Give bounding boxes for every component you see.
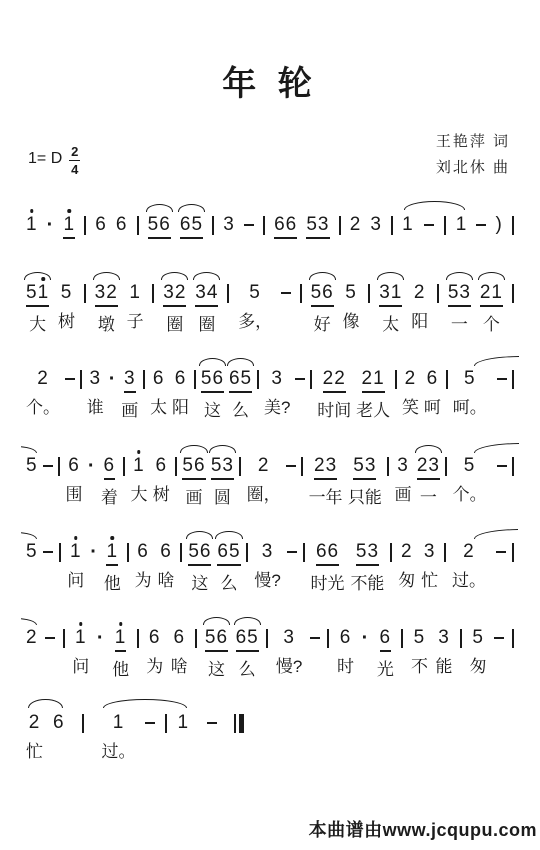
barline — [84, 284, 86, 303]
time-numerator: 2 — [71, 145, 78, 158]
barline — [387, 457, 389, 476]
tie-arc-icon — [474, 529, 518, 539]
lyric-syllable: 忙 — [26, 742, 43, 762]
tie-group: 5呵。 — [453, 368, 507, 418]
note-token: 5多， — [238, 282, 272, 332]
barline — [444, 543, 446, 562]
note-token — [244, 214, 254, 236]
note-token: 5个。 — [453, 455, 487, 505]
note-token: 56这 — [205, 627, 228, 680]
lyric-syllable: 阳 — [411, 312, 428, 332]
composer-credit: 刘北休 曲 — [436, 155, 510, 181]
note-token: 2 — [26, 627, 38, 677]
credits: 王艳萍 词 刘北休 曲 — [436, 129, 510, 182]
note-token: 1子 — [127, 282, 144, 332]
augmentation-dot: · — [47, 214, 55, 236]
barline — [82, 714, 84, 733]
duration-dash — [286, 465, 296, 467]
note-token: 23一 — [417, 455, 440, 508]
barline — [512, 370, 514, 389]
lyric-syllable — [46, 571, 51, 591]
lyric-syllable: 大 — [29, 315, 46, 335]
lyric-syllable: 树 — [58, 312, 75, 332]
time-denominator: 4 — [71, 163, 78, 176]
barline — [59, 543, 61, 562]
note-token: · — [90, 541, 98, 591]
note-token: 1他 — [112, 627, 129, 680]
barline — [63, 629, 65, 648]
lyric-syllable: 不 — [411, 657, 428, 677]
lyric-syllable: 好 — [314, 315, 331, 335]
lyric-syllable: 个。 — [26, 398, 60, 418]
duration-dash — [497, 378, 507, 380]
note-token: 56好 — [311, 282, 334, 335]
lyric-syllable: 一年 — [309, 488, 343, 508]
music-line-4: 5 6围· 6着1大6树56画53圆2圈， 23一年53只能3画23一5个。 — [26, 455, 514, 508]
music-line-3: 2个。 3谁· 3画6太6阳56这65么3美? 22时间21老人2笑6呵5呵。 — [26, 368, 514, 421]
note-token: 32墩 — [95, 282, 118, 335]
barline — [310, 370, 312, 389]
note-token: 1问 — [67, 541, 84, 591]
music-line-7: 2忙6 1过。 1 — [26, 712, 244, 762]
lyric-syllable: 谁 — [87, 398, 104, 418]
duration-dash — [207, 722, 217, 724]
slur-arc-icon — [146, 204, 173, 212]
note-token — [476, 214, 486, 236]
lyric-syllable — [46, 485, 51, 505]
tie-group: 11 — [402, 214, 467, 236]
lyric-syllable: 为 — [135, 571, 152, 591]
duration-dash — [424, 224, 434, 226]
lyric-syllable: 能 — [436, 657, 453, 677]
barline — [84, 216, 86, 235]
note-token: 5树 — [58, 282, 75, 332]
time-signature: 2 4 — [69, 145, 80, 176]
lyric-syllable: 画 — [185, 488, 202, 508]
note-token: 56画 — [182, 455, 205, 508]
barline — [445, 457, 447, 476]
slur-arc-icon — [215, 531, 242, 539]
barline — [80, 370, 82, 389]
note-token: 6光 — [377, 627, 394, 680]
lyric-syllable — [284, 312, 289, 332]
note-token: 3画 — [121, 368, 138, 421]
note-token: 3画 — [395, 455, 412, 505]
lyric-syllable — [110, 398, 115, 418]
song-title: 年 轮 — [0, 56, 540, 105]
note-token: 2笑 — [402, 368, 419, 418]
barline — [152, 284, 154, 303]
note-token: 1 — [456, 214, 468, 236]
augmentation-dot: · — [90, 541, 98, 563]
note-token: 3慢? — [276, 627, 302, 677]
lyric-syllable: 么 — [220, 574, 237, 594]
lyric-syllable: 么 — [232, 401, 249, 421]
music-line-2: 51大5树32墩1子32圈34圈5多， 56好5像31太2阳53一21个 — [26, 282, 514, 335]
note-token — [207, 712, 217, 762]
tie-arc-icon — [474, 356, 518, 366]
barline — [444, 216, 446, 235]
barline — [512, 629, 514, 648]
note-token: 6围 — [66, 455, 83, 505]
lyric-syllable — [313, 657, 318, 677]
lyric-syllable — [148, 742, 153, 762]
note-token: 2个。 — [26, 368, 60, 418]
lyric-syllable: 画 — [121, 401, 138, 421]
slur-arc-icon — [234, 617, 261, 625]
note-token: 32圈 — [163, 282, 186, 335]
lyric-syllable — [499, 485, 504, 505]
note-token: · — [97, 627, 105, 677]
barline — [123, 457, 125, 476]
lyric-syllable: 呵 — [424, 398, 441, 418]
note-token: 6为 — [146, 627, 163, 677]
slur-arc-icon — [199, 358, 226, 366]
note-token: 3忙 — [421, 541, 438, 591]
duration-dash — [281, 292, 291, 294]
note-token: 2 — [350, 214, 362, 236]
lyric-syllable: 这 — [208, 660, 225, 680]
barline — [390, 543, 392, 562]
lyric-syllable: 这 — [204, 401, 221, 421]
slur-arc-icon — [180, 445, 207, 453]
lyric-syllable: 光 — [377, 660, 394, 680]
lyric-syllable — [29, 571, 34, 591]
duration-dash — [476, 224, 486, 226]
watermark: 本曲谱由www.jcqupu.com — [309, 816, 537, 842]
note-token: 6 — [116, 214, 128, 236]
note-token: 3能 — [436, 627, 453, 677]
slur-arc-icon — [377, 272, 404, 280]
barline — [137, 629, 139, 648]
barline — [266, 629, 268, 648]
slur-arc-icon — [178, 204, 205, 212]
note-token: · — [109, 368, 117, 418]
note-token: 1 — [63, 214, 75, 239]
note-token: 2匆 — [398, 541, 415, 591]
lyric-syllable: 忙 — [421, 571, 438, 591]
lyric-syllable: 只能 — [348, 488, 382, 508]
duration-dash — [65, 378, 75, 380]
note-token — [295, 368, 305, 418]
note-token: 1问 — [72, 627, 89, 677]
barline — [303, 543, 305, 562]
lyric-syllable: 阳 — [172, 398, 189, 418]
note-token: 65么 — [236, 627, 259, 680]
note-token: 6阳 — [172, 368, 189, 418]
duration-dash — [287, 551, 297, 553]
note-token: 3谁 — [87, 368, 104, 418]
note-token: 6着 — [101, 455, 118, 508]
lyric-syllable — [289, 485, 294, 505]
lyric-syllable: 不能 — [350, 574, 384, 594]
note-token: 56这 — [201, 368, 224, 421]
barline — [460, 629, 462, 648]
barline — [512, 543, 514, 562]
lyric-syllable: 圈 — [198, 315, 215, 335]
barline — [257, 370, 259, 389]
note-token: 2忙 — [26, 712, 43, 762]
slur-arc-icon — [415, 445, 442, 453]
barline — [239, 457, 241, 476]
augmentation-dot: · — [97, 627, 105, 649]
slur-arc-icon — [309, 272, 336, 280]
lyric-syllable: 圈 — [166, 315, 183, 335]
slur-arc-icon — [161, 272, 188, 280]
note-token: 51大 — [26, 282, 49, 335]
barline — [165, 714, 167, 733]
final-barline — [234, 714, 244, 733]
lyric-syllable — [29, 485, 34, 505]
note-token: 1大 — [130, 455, 147, 505]
slur-arc-icon — [209, 445, 236, 453]
duration-dash — [494, 637, 504, 639]
duration-dash — [45, 637, 55, 639]
lyric-syllable — [181, 742, 186, 762]
barline — [58, 457, 60, 476]
augmentation-dot: · — [109, 368, 117, 390]
lyric-syllable — [98, 657, 103, 677]
note-token — [65, 368, 75, 418]
slur-arc-icon — [186, 531, 213, 539]
tie-arc-icon — [474, 443, 518, 453]
lyric-syllable — [298, 398, 303, 418]
tie-continuation-icon — [21, 446, 37, 453]
barline — [395, 370, 397, 389]
note-token: · — [362, 627, 370, 677]
music-line-6: 2 1问· 1他6为6啥56这65么3慢? 6时· 6光5不3能5匆 — [26, 627, 514, 680]
note-token: 3慢? — [254, 541, 280, 591]
lyric-syllable: 慢? — [254, 571, 280, 591]
note-token: 34圈 — [195, 282, 218, 335]
lyric-syllable: 他 — [104, 574, 121, 594]
note-token — [287, 541, 297, 591]
barline — [512, 284, 514, 303]
note-token: 1 — [402, 214, 414, 236]
tie-continuation-icon — [21, 618, 37, 625]
note-token — [494, 627, 504, 677]
barline — [263, 216, 265, 235]
barline — [175, 457, 177, 476]
note-token — [310, 627, 320, 677]
music-line-1: 1·1665665366532311) — [26, 214, 514, 239]
note-token: 1 — [177, 712, 189, 762]
lyric-syllable — [499, 398, 504, 418]
barline — [212, 216, 214, 235]
note-token: 1 — [26, 214, 38, 236]
music-line-5: 5 1问· 1他6为6啥56这65么3慢? 66时光53不能2匆3忙2过。 — [26, 541, 514, 594]
note-token: 3美? — [264, 368, 290, 418]
lyric-syllable: 过。 — [452, 571, 486, 591]
lyric-syllable: 像 — [343, 312, 360, 332]
note-token — [424, 214, 434, 236]
slur-arc-icon — [193, 272, 220, 280]
lyric-syllable — [289, 571, 294, 591]
note-token: 66 — [274, 214, 297, 239]
note-token: 53 — [306, 214, 329, 239]
duration-dash — [295, 378, 305, 380]
lyric-syllable: 笑 — [402, 398, 419, 418]
note-token: ) — [495, 214, 502, 236]
lyric-syllable: 他 — [112, 660, 129, 680]
key-signature: 1= D 2 4 — [28, 144, 80, 175]
duration-dash — [244, 224, 254, 226]
tie-group: 2过。 — [452, 541, 506, 591]
lyric-syllable: 为 — [146, 657, 163, 677]
barline — [194, 370, 196, 389]
lyric-syllable: 树 — [153, 485, 170, 505]
note-token: 56 — [148, 214, 171, 239]
lyric-syllable: 围 — [66, 485, 83, 505]
barline — [227, 284, 229, 303]
barline — [301, 457, 303, 476]
note-token: · — [47, 214, 55, 236]
note-token: 6呵 — [424, 368, 441, 418]
note-token: 5 — [26, 541, 38, 591]
duration-dash — [497, 465, 507, 467]
note-token — [496, 541, 506, 591]
barline — [143, 370, 145, 389]
duration-dash — [43, 551, 53, 553]
note-token — [145, 712, 155, 762]
note-token: 53只能 — [348, 455, 382, 508]
lyric-syllable — [89, 485, 94, 505]
note-token: 2过。 — [452, 541, 486, 591]
note-token: 3 — [223, 214, 235, 236]
note-token — [43, 455, 53, 505]
lyric-syllable: 时光 — [311, 574, 345, 594]
lyric-syllable: 时间 — [317, 401, 351, 421]
note-token — [281, 282, 291, 332]
note-token: 5匆 — [470, 627, 487, 677]
note-token: 5呵。 — [453, 368, 487, 418]
note-token: 53不能 — [350, 541, 384, 594]
note-token: 6时 — [337, 627, 354, 677]
note-token: 65么 — [217, 541, 240, 594]
lyric-syllable — [92, 571, 97, 591]
lyricist-credit: 王艳萍 词 — [436, 129, 510, 155]
note-token — [43, 541, 53, 591]
lyric-syllable — [48, 657, 53, 677]
lyric-syllable: 啥 — [158, 571, 175, 591]
barline — [137, 216, 139, 235]
augmentation-dot: · — [88, 455, 96, 477]
note-token: 5像 — [343, 282, 360, 332]
note-token: 6啥 — [158, 541, 175, 591]
barline — [391, 216, 393, 235]
note-token: 31太 — [379, 282, 402, 335]
note-token: 56这 — [188, 541, 211, 594]
lyric-syllable: 匆 — [398, 571, 415, 591]
lyric-syllable: 问 — [72, 657, 89, 677]
slur-arc-icon — [203, 617, 230, 625]
barline — [368, 284, 370, 303]
lyric-syllable: 问 — [67, 571, 84, 591]
note-token: 2阳 — [411, 282, 428, 332]
slur-arc-icon — [446, 272, 473, 280]
augmentation-dot: · — [362, 627, 370, 649]
barline — [437, 284, 439, 303]
tie-group: 5个。 — [453, 455, 507, 505]
key-prefix: 1= D — [28, 150, 62, 168]
fraction-bar — [69, 160, 80, 162]
barline — [180, 543, 182, 562]
slur-group: 2忙6 — [26, 712, 65, 762]
note-token: 5不 — [411, 627, 428, 677]
note-token: 22时间 — [317, 368, 351, 421]
tie-arc-icon — [404, 201, 465, 210]
lyric-syllable — [499, 571, 504, 591]
lyric-syllable: 画 — [395, 485, 412, 505]
note-token: 2圈， — [247, 455, 281, 505]
barline — [512, 216, 514, 235]
note-token: 65么 — [229, 368, 252, 421]
lyric-syllable — [363, 657, 368, 677]
note-token — [45, 627, 55, 677]
lyric-syllable: 圆 — [214, 488, 231, 508]
lyric-syllable: 匆 — [470, 657, 487, 677]
note-token: 6 — [95, 214, 107, 236]
lyric-syllable: 这 — [191, 574, 208, 594]
note-token: 1过。 — [101, 712, 135, 762]
lyric-syllable — [497, 657, 502, 677]
barline — [339, 216, 341, 235]
lyric-syllable: 一 — [451, 315, 468, 335]
close-paren: ) — [495, 214, 502, 236]
note-token: 65 — [180, 214, 203, 239]
note-token: 6 — [53, 712, 65, 762]
lyric-syllable: 太 — [150, 398, 167, 418]
lyric-syllable: 美? — [264, 398, 290, 418]
tie-continuation-icon — [21, 532, 37, 539]
barline — [327, 629, 329, 648]
note-token — [286, 455, 296, 505]
note-token: 6为 — [135, 541, 152, 591]
lyric-syllable: 个。 — [453, 485, 487, 505]
barline — [512, 457, 514, 476]
slur-arc-icon — [227, 358, 254, 366]
lyric-syllable — [68, 398, 73, 418]
duration-dash — [43, 465, 53, 467]
slur-arc-icon — [478, 272, 505, 280]
lyric-syllable: 个 — [483, 315, 500, 335]
note-token: 21老人 — [356, 368, 390, 421]
lyric-syllable: 着 — [101, 488, 118, 508]
lyric-syllable: 时 — [337, 657, 354, 677]
barline — [127, 543, 129, 562]
note-token: 6啥 — [171, 627, 188, 677]
note-token: · — [88, 455, 96, 505]
lyric-syllable: 太 — [382, 315, 399, 335]
barline — [446, 370, 448, 389]
slur-arc-icon — [24, 272, 51, 280]
note-token: 3 — [370, 214, 382, 236]
lyric-syllable: 墩 — [98, 315, 115, 335]
duration-dash — [496, 551, 506, 553]
note-token: 23一年 — [309, 455, 343, 508]
lyric-syllable: 呵。 — [453, 398, 487, 418]
lyric-syllable: 圈， — [247, 485, 281, 505]
barline — [246, 543, 248, 562]
lyric-syllable: 多， — [238, 312, 272, 332]
lyric-syllable: 一 — [420, 488, 437, 508]
slur-arc-icon — [93, 272, 120, 280]
barline — [401, 629, 403, 648]
slur-arc-icon — [28, 699, 63, 708]
lyric-syllable: 慢? — [276, 657, 302, 677]
lyric-syllable — [209, 742, 214, 762]
lyric-syllable: 大 — [130, 485, 147, 505]
